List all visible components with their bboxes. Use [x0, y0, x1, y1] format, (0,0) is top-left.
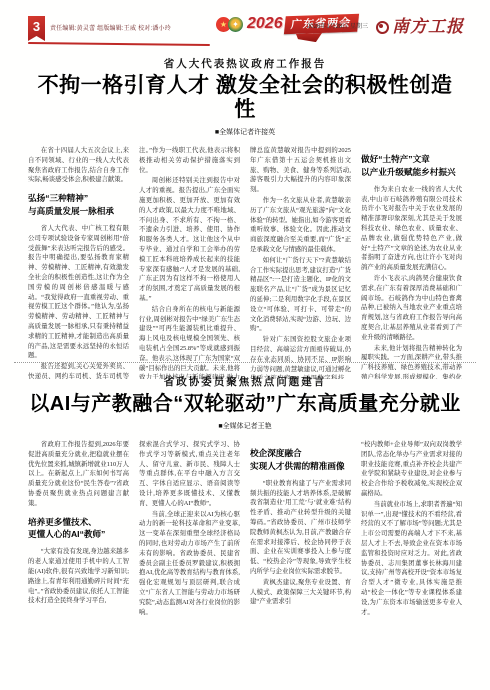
cppcc-emblem-icon: ✦: [228, 17, 243, 32]
article-2-columns: 省政府工作报告提到,2026年要促进高质量充分就业,把稳就业摆在优先位置来抓,城…: [28, 440, 462, 668]
newspaper-page: 3 责任编辑:黄灵蕾 组版编辑:王威 校对:潘小玲 ★ ✦ 2026 广东省两会…: [0, 0, 490, 690]
article-1-column-1: 在省十四届人大五次会议上,来自不同领域、行业的一线人大代表聚焦省政府工作报告,结…: [28, 146, 129, 379]
masthead-logo-icon: [376, 21, 389, 34]
body-paragraph: 周创彬还特别关注到报告中对人才的重视。报告提出,广东全面实施更加积极、更加开放、…: [139, 176, 240, 303]
body-paragraph: 结合自身所在的核电与新能源行业,周创彬对报告中“绿美广东生态建设”“可再生能源装…: [139, 305, 240, 379]
body-paragraph: 当前就业市场上,求职者普遍“知识单一”,出现“懂技术的不看经营,看经营的又不了解…: [361, 500, 462, 618]
article-divider: [14, 362, 476, 363]
body-paragraph: 黄枫杰建议,聚焦专业设置、育人模式、政策保障三大关键环节,构建“产业需求引: [250, 578, 351, 607]
article-2: 省政协委员聚焦热点问题建言 以AI与产教融合“双轮驱动”广东高质量充分就业 ■全…: [28, 376, 462, 668]
body-paragraph: “校内教师+企业导师”双向双岗教学团队,常态化举办与产业需求对接的职业技能竞赛,…: [361, 440, 462, 499]
article-1-headline: 不拘一格引育人才 激发全社会的积极性创造性: [28, 74, 462, 122]
body-paragraph: 省人大代表、中广核工程有限公司专项试验设备专家周创彬用“倍受鼓舞”来表达听完报告…: [28, 224, 129, 361]
column-subhead: 做好“土特产”文章 以产业升级赋能乡村振兴: [361, 153, 462, 179]
body-paragraph: 作为来自农业一线的省人大代表,中山市石岐鸽养殖有限公司技术员许小飞对报告中关于农…: [361, 185, 462, 273]
body-paragraph: 如何让“广货行天下”?黄慧敏结合工作实际提出思考,建议打造“广货精品区”:一是打…: [250, 256, 351, 334]
publication-date: 2026年1月28日 星期三: [307, 23, 368, 31]
article-2-kicker: 省政协委员聚焦热点问题建言: [28, 376, 462, 389]
page-number-ribbon: 3: [28, 16, 45, 41]
article-1-column-2: 注。”作为一线职工代表,他表示将积极推动相关劳动保护措施落实到位。周创彬还特别关…: [139, 146, 240, 379]
masthead-title: 南方工报: [392, 18, 464, 36]
editors-line: 责任编辑:黄灵蕾 组版编辑:王威 校对:潘小玲: [50, 25, 171, 33]
header-left: 3 责任编辑:黄灵蕾 组版编辑:王威 校对:潘小玲: [28, 16, 171, 41]
article-1-byline: ■全媒体记者许接英: [28, 128, 462, 137]
column-subhead: 校企深度融合 实现人才供需的精准画像: [250, 447, 351, 473]
article-1-kicker: 省人大代表热议政府工作报告: [28, 58, 462, 71]
body-paragraph: 许小飞表示,肉鸽契合健康饮食需求,在广东有着深厚消费基础和广阔市场。石岐鸽作为中…: [361, 274, 462, 343]
article-1-column-3: 牌总监黄慧敏对报告中提到的2025年广东借第十五运会契机推出文旅、购物、美食、健…: [250, 146, 351, 379]
article-2-headline: 以AI与产教融合“双轮驱动”广东高质量充分就业: [28, 392, 462, 416]
article-2-byline: ■全媒体记者王艳: [28, 422, 462, 431]
article-1-column-4: 做好“土特产”文章 以产业升级赋能乡村振兴作为来自农业一线的省人大代表,中山市石…: [361, 146, 462, 379]
body-paragraph: 在省十四届人大五次会议上,来自不同领域、行业的一线人大代表聚焦省政府工作报告,结…: [28, 146, 129, 185]
article-2-column-3: 校企深度融合 实现人才供需的精准画像“职业教育构建了与产业需求同频共振的技能人才…: [250, 440, 351, 668]
column-subhead: 弘扬“三种精神” 与高质量发展一脉相承: [28, 192, 129, 218]
article-2-column-1: 省政府工作报告提到,2026年要促进高质量充分就业,把稳就业摆在优先位置来抓,城…: [28, 440, 129, 668]
article-2-column-2: 探索混合式学习、探究式学习、协作式学习等新模式,重点关注老年人、留守儿童、新市民…: [139, 440, 240, 668]
body-paragraph: “大家有没有发现,身边越来越多的老人家通过使用手机中的人工智能(AI)软件,很有…: [28, 547, 129, 606]
body-paragraph: 探索混合式学习、探究式学习、协作式学习等新模式,重点关注老年人、留守儿童、新市民…: [139, 440, 240, 509]
banner-year: 2026: [247, 16, 283, 32]
body-paragraph: 针对广东国资控股文旅企业项目经营、高端运营方面亟待破局,仍存在业态同质、协同不足…: [250, 335, 351, 379]
masthead: 南方工报: [376, 18, 464, 36]
body-paragraph: 注。”作为一线职工代表,他表示将积极推动相关劳动保护措施落实到位。: [139, 146, 240, 175]
body-paragraph: 省政府工作报告提到,2026年要促进高质量充分就业,把稳就业摆在优先位置来抓,城…: [28, 440, 129, 509]
article-1: 省人大代表热议政府工作报告 不拘一格引育人才 激发全社会的积极性创造性 ■全媒体…: [28, 58, 462, 379]
article-1-columns: 在省十四届人大五次会议上,来自不同领域、行业的一线人大代表聚焦省政府工作报告,结…: [28, 146, 462, 379]
header-right: 2026年1月28日 星期三 南方工报: [307, 18, 464, 36]
body-paragraph: 牌总监黄慧敏对报告中提到的2025年广东借第十五运会契机推出文旅、购物、美食、健…: [250, 146, 351, 195]
body-paragraph: “职业教育构建了与产业需求同频共振的技能人才培养体系,是破解我省制造业‘用工荒’…: [250, 479, 351, 577]
column-subhead: 培养更多懂技术、 更懂人心的AI“教师”: [28, 516, 129, 542]
body-paragraph: 作为一名文旅从业者,黄慧敏亲历了广东文旅从“观光旅游”向“文化体验”的转型。她指…: [250, 196, 351, 255]
page-header: 3 责任编辑:黄灵蕾 组版编辑:王威 校对:潘小玲 ★ ✦ 2026 广东省两会…: [28, 14, 464, 48]
header-red-rule: [28, 42, 210, 46]
article-2-column-4: “校内教师+企业导师”双向双岗教学团队,常态化举办与产业需求对接的职业技能竞赛,…: [361, 440, 462, 668]
body-paragraph: 当前,全球正迎来以AI为核心驱动力的新一轮科技革命和产业变革,这一变革在深刻重塑…: [139, 510, 240, 618]
